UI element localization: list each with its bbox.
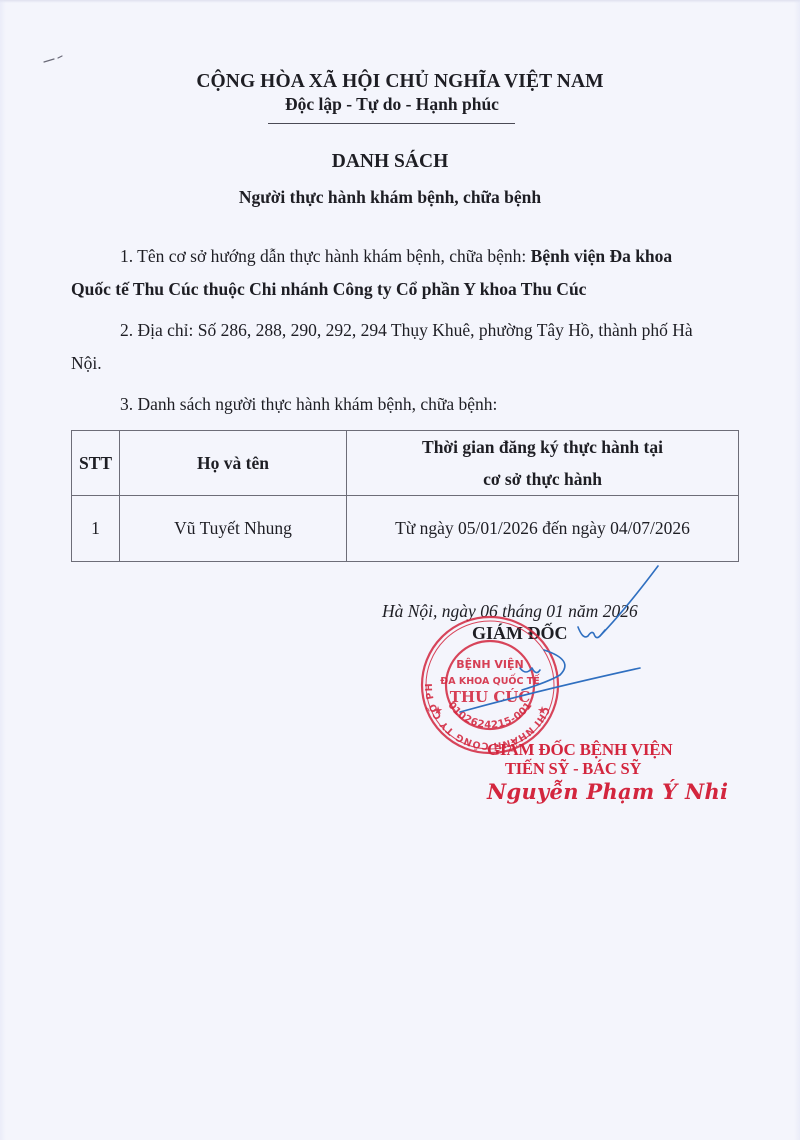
item-2-line-1: 2. Địa chỉ: Số 286, 288, 290, 292, 294 T… xyxy=(120,320,693,341)
item-1-label: 1. Tên cơ sở hướng dẫn thực hành khám bệ… xyxy=(120,246,531,266)
scan-mark-icon xyxy=(40,50,80,66)
stamp-line-2: ĐA KHOA QUỐC TẾ xyxy=(440,674,540,687)
practitioner-table: STT Họ và tên Thời gian đăng ký thực hàn… xyxy=(71,430,739,562)
signer-title-2: TIẾN SỸ - BÁC SỸ xyxy=(505,759,641,779)
header-period: Thời gian đăng ký thực hành tại cơ sở th… xyxy=(347,431,739,496)
item-3-line-1: 3. Danh sách người thực hành khám bệnh, … xyxy=(120,394,497,415)
svg-text:★: ★ xyxy=(537,704,547,717)
document-title: DANH SÁCH xyxy=(0,151,780,173)
header-name: Họ và tên xyxy=(120,431,347,496)
svg-text:★: ★ xyxy=(433,704,443,717)
cell-period: Từ ngày 05/01/2026 đến ngày 04/07/2026 xyxy=(347,496,739,562)
table-row: 1 Vũ Tuyết Nhung Từ ngày 05/01/2026 đến … xyxy=(72,496,739,562)
header-stt: STT xyxy=(72,431,120,496)
document-subtitle: Người thực hành khám bệnh, chữa bệnh xyxy=(0,187,780,208)
motto-heading: Độc lập - Tự do - Hạnh phúc xyxy=(0,94,784,115)
item-1-line-1: 1. Tên cơ sở hướng dẫn thực hành khám bệ… xyxy=(120,246,672,267)
item-2-line-2: Nội. xyxy=(71,353,102,374)
cell-name: Vũ Tuyết Nhung xyxy=(120,496,347,562)
stamp-line-1: BỆNH VIỆN xyxy=(456,658,523,671)
official-stamp-icon: CHI NHÁNH CÔNG TY CỔ PHẦN Y KHOA THU CÚC… xyxy=(415,610,565,760)
header-period-line-2: cơ sở thực hành xyxy=(347,463,738,495)
cell-stt: 1 xyxy=(72,496,120,562)
table-header-row: STT Họ và tên Thời gian đăng ký thực hàn… xyxy=(72,431,739,496)
header-period-line-1: Thời gian đăng ký thực hành tại xyxy=(347,431,738,463)
item-1-line-2: Quốc tế Thu Cúc thuộc Chi nhánh Công ty … xyxy=(71,279,586,300)
item-1-value: Bệnh viện Đa khoa xyxy=(531,246,673,266)
stamp-line-3: THU CÚC xyxy=(450,688,531,706)
signer-name: Nguyễn Phạm Ý Nhi xyxy=(487,779,728,804)
signer-title-1: GIÁM ĐỐC BỆNH VIỆN xyxy=(487,740,672,760)
nation-heading: CỘNG HÒA XÃ HỘI CHỦ NGHĨA VIỆT NAM xyxy=(0,71,800,93)
motto-underline xyxy=(268,123,515,124)
